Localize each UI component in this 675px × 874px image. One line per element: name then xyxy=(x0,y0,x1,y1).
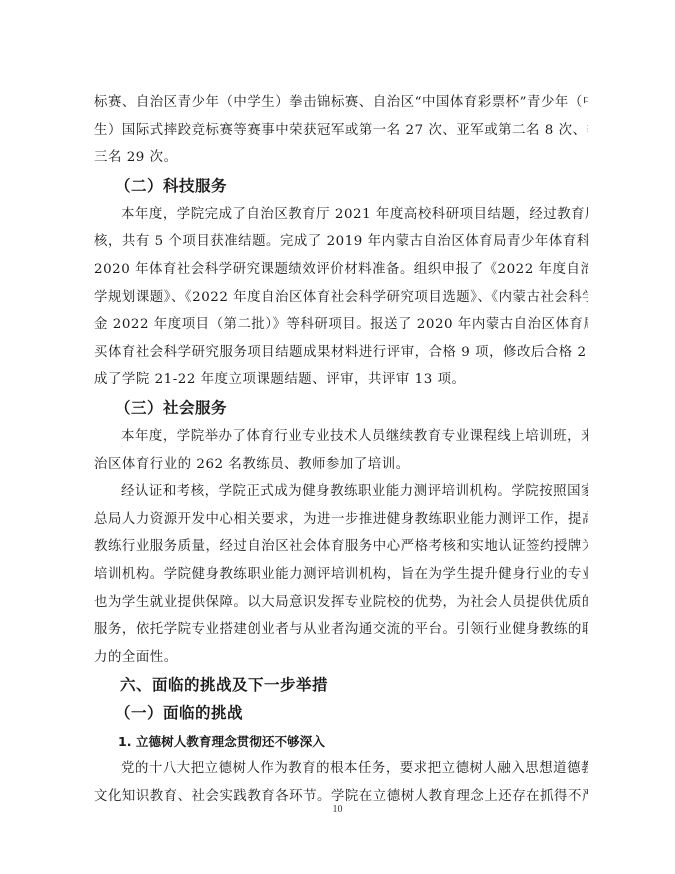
text-line: 生）国际式摔跤竞标赛等赛事中荣获冠军或第一名 27 次、亚军或第二名 8 次、季… xyxy=(94,117,588,145)
text-line: 买体育社会科学研究服务项目结题成果材料进行评审，合格 9 项，修改后合格 2 项… xyxy=(94,339,588,367)
page-number: 10 xyxy=(0,804,675,815)
text-line: 三名 29 次。 xyxy=(94,144,588,172)
section-heading-challenges: （一）面临的挑战 xyxy=(94,699,588,728)
paragraph-training-course: 本年度，学院举办了体育行业专业技术人员继续教育专业课程线上培训班，来自自 治区体… xyxy=(94,423,588,478)
subsection-heading-moral-education: 1. 立德树人教育理念贯彻还不够深入 xyxy=(94,728,588,755)
text-line: 服务，依托学院专业搭建创业者与从业者沟通交流的平台。引领行业健身教练的职业能 xyxy=(94,616,588,644)
text-line: 力的全面性。 xyxy=(94,644,588,672)
page-body: 标赛、自治区青少年（中学生）拳击锦标赛、自治区“中国体育彩票杯”青少年（中学 生… xyxy=(94,89,588,810)
text-line: 金 2022 年度项目（第二批）》等科研项目。报送了 2020 年内蒙古自治区体… xyxy=(94,311,588,339)
text-line: 培训机构。学院健身教练职业能力测评培训机构，旨在为学生提升健身行业的专业素养， xyxy=(94,561,588,589)
paragraph-moral-education: 党的十八大把立德树人作为教育的根本任务，要求把立德树人融入思想道德教育、 文化知… xyxy=(94,755,588,810)
text-line: 2020 年体育社会科学研究课题绩效评价材料准备。组织申报了《2022 年度自治… xyxy=(94,256,588,284)
section-heading-tech-services: （二）科技服务 xyxy=(94,172,588,201)
text-line: 标赛、自治区青少年（中学生）拳击锦标赛、自治区“中国体育彩票杯”青少年（中学 xyxy=(94,89,588,117)
document-page: 标赛、自治区青少年（中学生）拳击锦标赛、自治区“中国体育彩票杯”青少年（中学 生… xyxy=(0,0,675,874)
text-line: 本年度，学院完成了自治区教育厅 2021 年度高校科研项目结题，经过教育厅集中审 xyxy=(94,201,588,229)
text-line: 治区体育行业的 262 名教练员、教师参加了培训。 xyxy=(94,451,588,479)
text-line: 成了学院 21-22 年度立项课题结题、评审，共评审 13 项。 xyxy=(94,366,588,394)
paragraph-competition-results: 标赛、自治区青少年（中学生）拳击锦标赛、自治区“中国体育彩票杯”青少年（中学 生… xyxy=(94,89,588,172)
text-line: 学规划课题》、《2022 年度自治区体育社会科学研究项目选题》、《内蒙古社会科学… xyxy=(94,284,588,312)
text-line: 核，共有 5 个项目获准结题。完成了 2019 年内蒙古自治区体育局青少年体育科… xyxy=(94,228,588,256)
paragraph-tech-services: 本年度，学院完成了自治区教育厅 2021 年度高校科研项目结题，经过教育厅集中审… xyxy=(94,201,588,394)
text-line: 教练行业服务质量，经过自治区社会体育服务中心严格考核和实地认证签约授牌为合作 xyxy=(94,533,588,561)
section-heading-social-services: （三）社会服务 xyxy=(94,394,588,423)
chapter-heading-challenges-next-steps: 六、面临的挑战及下一步举措 xyxy=(94,671,588,699)
text-line: 经认证和考核，学院正式成为健身教练职业能力测评培训机构。学院按照国家体育 xyxy=(94,478,588,506)
paragraph-fitness-certification: 经认证和考核，学院正式成为健身教练职业能力测评培训机构。学院按照国家体育 总局人… xyxy=(94,478,588,671)
text-line: 也为学生就业提供保障。以大局意识发挥专业院校的优势，为社会人员提供优质的教学 xyxy=(94,589,588,617)
text-line: 党的十八大把立德树人作为教育的根本任务，要求把立德树人融入思想道德教育、 xyxy=(94,755,588,783)
text-line: 总局人力资源开发中心相关要求，为进一步推进健身教练职业能力测评工作，提高健身 xyxy=(94,506,588,534)
text-line: 本年度，学院举办了体育行业专业技术人员继续教育专业课程线上培训班，来自自 xyxy=(94,423,588,451)
